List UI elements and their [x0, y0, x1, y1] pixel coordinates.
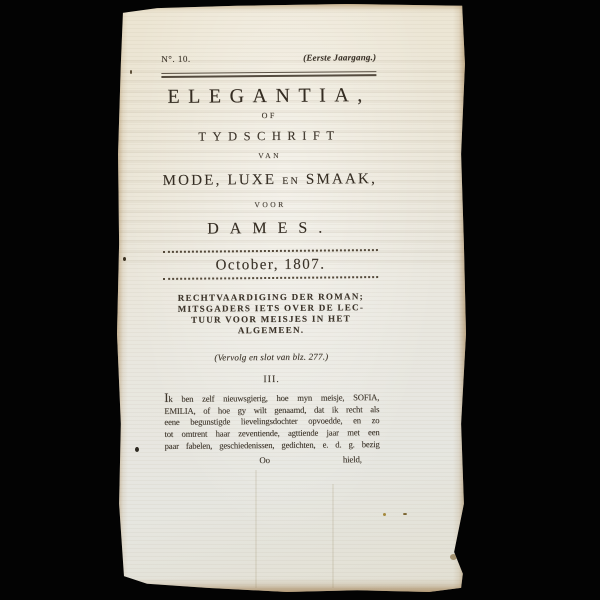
foxing-speck — [403, 513, 407, 515]
body-line: Ik ben zelf nieuwsgierig, hoe myn meisje… — [164, 390, 379, 406]
masthead-of: OF — [162, 110, 377, 122]
magazine-title: ELEGANTIA, — [161, 84, 376, 108]
issue-number: N°. 10. — [161, 54, 190, 64]
dotted-rule-top — [163, 249, 378, 253]
paper-crease — [255, 470, 257, 588]
catchword: hield, — [343, 454, 362, 466]
signature-mark: Oo — [259, 455, 270, 467]
printed-page-content: N°. 10. (Eerste Jaargang.) ELEGANTIA, OF… — [161, 52, 380, 467]
issue-date: October, 1807. — [163, 254, 378, 276]
article-heading: RECHTVAARDIGING DER ROMAN; MITSGADERS IE… — [163, 291, 378, 337]
paper-crease — [332, 484, 334, 588]
foxing-speck — [383, 513, 386, 516]
photo-background: N°. 10. (Eerste Jaargang.) ELEGANTIA, OF… — [0, 0, 600, 600]
masthead-mode-line: MODE, LUXE EN SMAAK, — [162, 170, 377, 192]
foxing-speck — [135, 447, 139, 452]
running-header: N°. 10. (Eerste Jaargang.) — [161, 52, 376, 68]
foxing-speck — [130, 70, 132, 74]
dotted-rule-bottom — [163, 276, 378, 280]
foxing-speck — [123, 257, 126, 261]
paper-edge-left — [117, 4, 128, 592]
masthead-dames: DAMES. — [163, 218, 378, 240]
section-number: III. — [164, 373, 379, 386]
paper-page: N°. 10. (Eerste Jaargang.) ELEGANTIA, OF… — [117, 4, 466, 592]
masthead-voor: VOOR — [162, 199, 377, 211]
paper-edge-right — [453, 4, 466, 592]
paper-edge-bottom — [117, 578, 466, 592]
volume-note: (Eerste Jaargang.) — [303, 52, 376, 63]
continuation-note: (Vervolg en slot van blz. 277.) — [164, 351, 379, 364]
header-rule — [161, 71, 376, 78]
page-foot-line: Oo hield, — [165, 454, 380, 468]
masthead-subtitle: TYDSCHRIFT — [162, 128, 377, 145]
body-line: paar fabelen, geschiedenissen, gedichten… — [165, 439, 380, 453]
article-body: Ik ben zelf nieuwsgierig, hoe myn meisje… — [164, 390, 380, 467]
paper-edge-top — [117, 4, 466, 13]
masthead-van: VAN — [162, 150, 377, 162]
edge-chip — [450, 554, 457, 560]
